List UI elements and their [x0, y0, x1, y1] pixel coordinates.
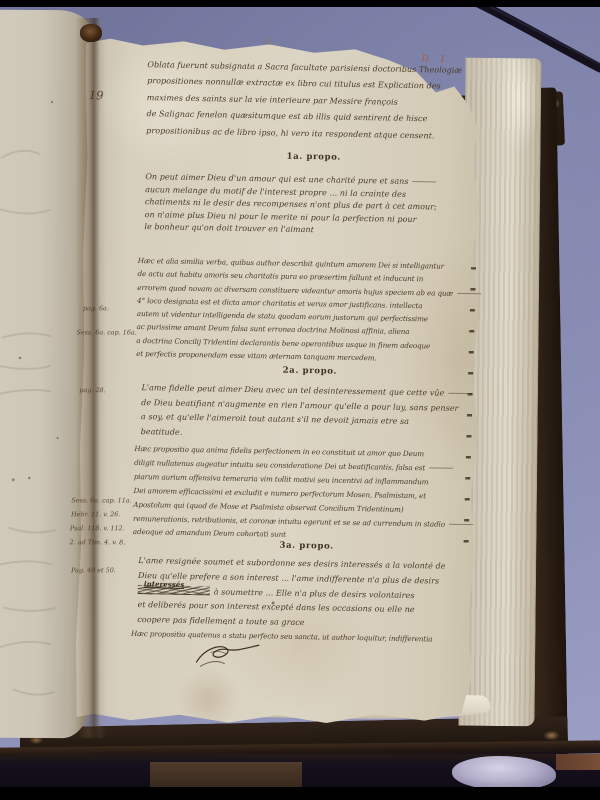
interlinear-correction: interessés [144, 577, 185, 593]
pencil-foliation: 4 [265, 36, 273, 48]
censure-paragraph: Hæc et alia similia verba, quibus author… [136, 254, 486, 367]
bottom-letterbox [0, 787, 600, 800]
spine-headband [80, 24, 102, 42]
photo-of-manuscript: 4 D 1 19 pag. 6a. Sess. 6a. cap. 16a. pa… [0, 0, 600, 800]
right-page: 4 D 1 19 pag. 6a. Sess. 6a. cap. 16a. pa… [73, 32, 494, 731]
white-cloth [452, 756, 556, 790]
power-cable [458, 2, 600, 94]
floor-patch [150, 762, 302, 788]
manuscript-line-text: à soumettre ... Elle n'a plus de desirs … [214, 587, 415, 600]
gutter-shadow [76, 18, 106, 738]
floor-area [0, 754, 600, 790]
notary-flourish [190, 640, 263, 673]
wood-edge [556, 754, 600, 770]
top-letterbox [0, 0, 600, 7]
proposition-paragraph: L'ame fidelle peut aimer Dieu avec un te… [141, 381, 478, 446]
proposition-paragraph: L'ame resignée soumet et subordonne ses … [137, 554, 474, 634]
censure-paragraph: Hæc propositio qua anima fidelis perfect… [133, 442, 483, 546]
proposition-paragraph: On peut aimer Dieu d'un amour qui est un… [144, 171, 481, 240]
header-paragraph: Oblata fuerunt subsignata a Sacra facult… [146, 57, 483, 145]
